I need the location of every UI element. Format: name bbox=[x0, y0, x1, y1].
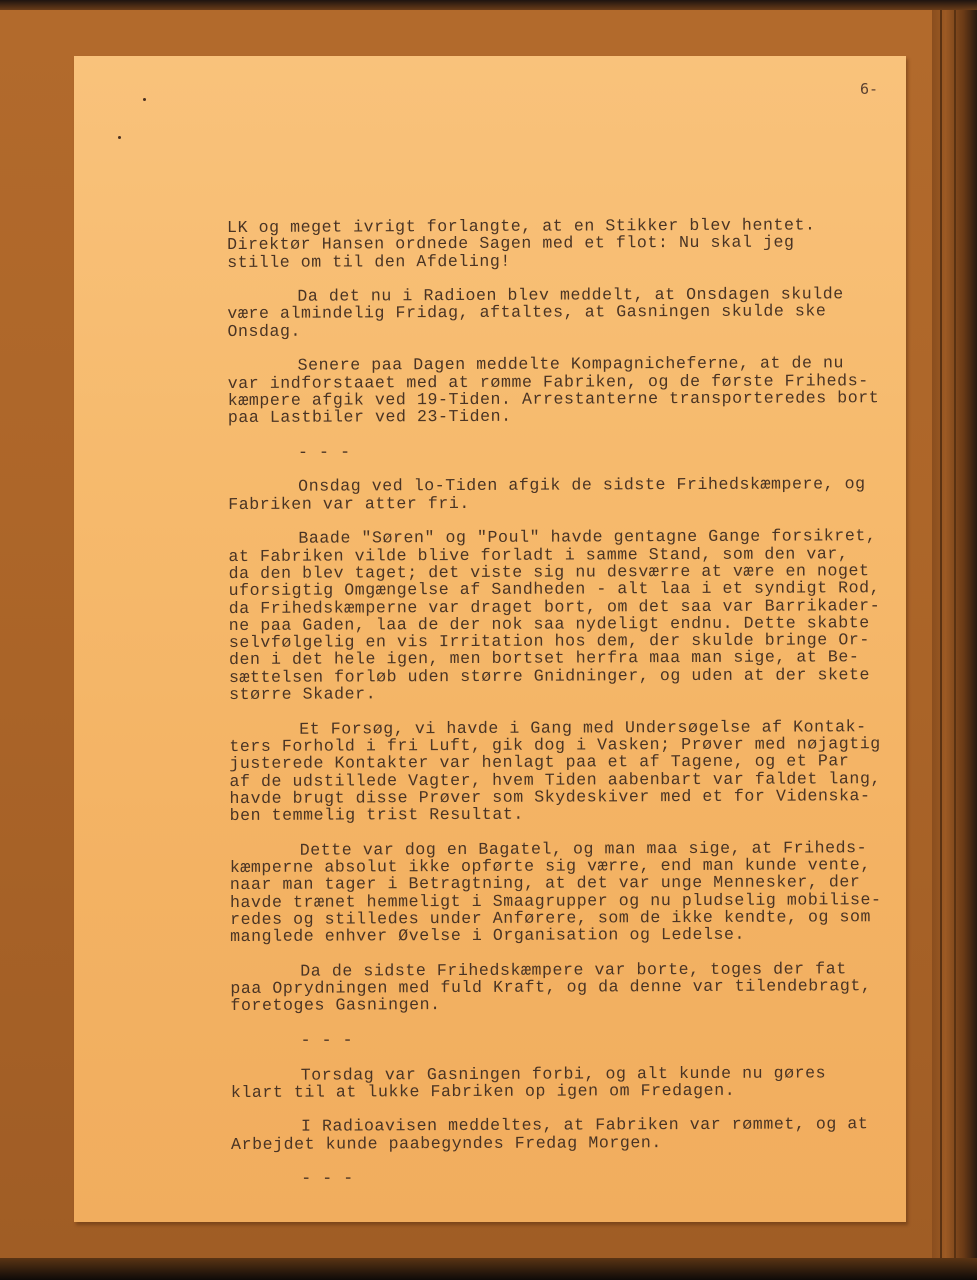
paragraph: Senere paa Dagen meddelte Kompagnichefer… bbox=[228, 355, 868, 427]
text-line: paa Oprydningen med fuld Kraft, og da de… bbox=[230, 977, 870, 997]
paragraph: Onsdag ved lo-Tiden afgik de sidste Frih… bbox=[228, 476, 868, 513]
scan-bottom-edge bbox=[0, 1258, 977, 1280]
text-line: manglede enhver Øvelse i Organisation og… bbox=[230, 925, 870, 945]
spine-line bbox=[954, 10, 956, 1260]
text-line: klart til at lukke Fabriken op igen om F… bbox=[231, 1081, 871, 1101]
text-line: stille om til den Afdeling! bbox=[227, 251, 867, 271]
scan-top-edge bbox=[0, 0, 977, 10]
paragraph: Dette var dog en Bagatel, og man maa sig… bbox=[230, 839, 870, 946]
paragraph: Baade "Søren" og "Poul" havde gentagne G… bbox=[228, 528, 869, 704]
text-line: foretoges Gasningen. bbox=[230, 995, 870, 1015]
section-separator: - - - bbox=[231, 1168, 871, 1188]
paragraph: Et Forsøg, vi havde i Gang med Undersøge… bbox=[229, 718, 869, 825]
text-line: havde brugt disse Prøver som Skydeskiver… bbox=[229, 787, 869, 807]
text-line: ben temmelig trist Resultat. bbox=[230, 804, 870, 824]
section-separator: - - - bbox=[231, 1029, 871, 1049]
paragraph: Torsdag var Gasningen forbi, og alt kund… bbox=[231, 1064, 871, 1101]
paper-speck bbox=[143, 98, 146, 101]
text-line: kæmpere afgik ved 19-Tiden. Arrestantern… bbox=[228, 389, 868, 409]
folder-spine bbox=[932, 10, 977, 1260]
section-separator: - - - bbox=[228, 441, 868, 461]
spine-line bbox=[940, 10, 942, 1260]
text-line: være almindelig Fridag, aftaltes, at Gas… bbox=[227, 303, 867, 323]
paragraph: Da de sidste Frihedskæmpere var borte, t… bbox=[230, 960, 870, 1015]
text-line: Onsdag ved lo-Tiden afgik de sidste Frih… bbox=[228, 476, 868, 496]
text-line: paa Lastbiler ved 23-Tiden. bbox=[228, 406, 868, 426]
text-line: Arbejdet kunde paabegyndes Fredag Morgen… bbox=[231, 1133, 871, 1153]
paper-speck bbox=[118, 136, 121, 139]
text-line: Fabriken var atter fri. bbox=[228, 493, 868, 513]
paragraph: I Radioavisen meddeltes, at Fabriken var… bbox=[231, 1116, 871, 1153]
paragraph: Da det nu i Radioen blev meddelt, at Ons… bbox=[227, 285, 867, 340]
text-line: Onsdag. bbox=[227, 320, 867, 340]
document-body: LK og meget ivrigt forlangte, at en Stik… bbox=[227, 216, 871, 1205]
text-line: større Skader. bbox=[229, 683, 869, 703]
text-line: Direktør Hansen ordnede Sagen med et flo… bbox=[227, 234, 867, 254]
text-line: sættelsen forløb uden større Gnidninger,… bbox=[229, 666, 869, 686]
page-number: 6- bbox=[860, 80, 878, 98]
paragraph: LK og meget ivrigt forlangte, at en Stik… bbox=[227, 216, 867, 271]
